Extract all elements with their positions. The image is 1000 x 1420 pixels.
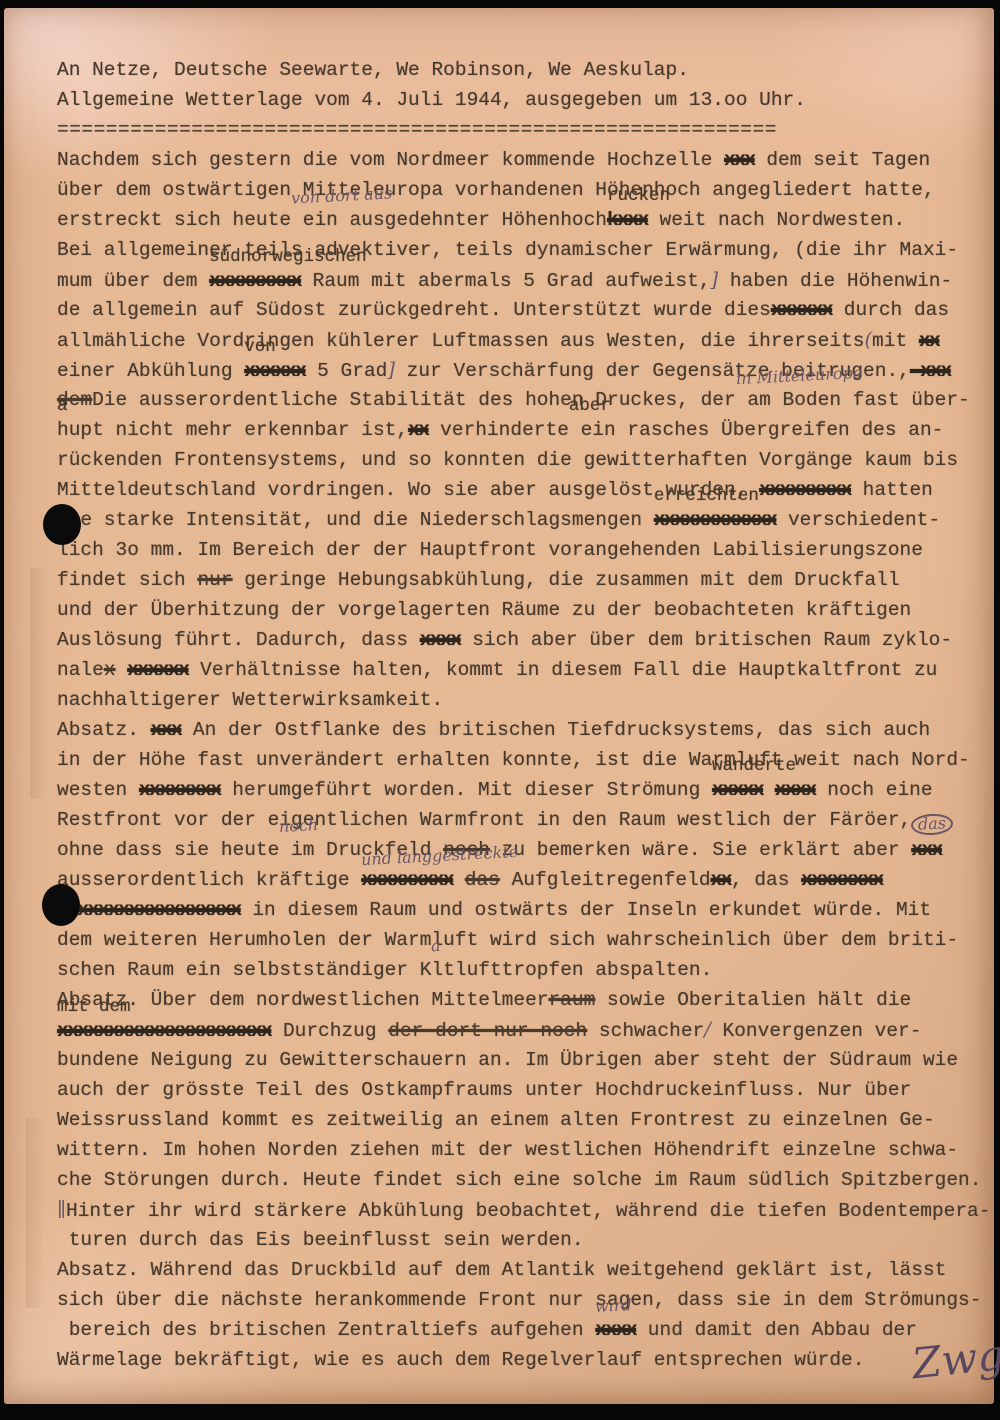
typed-text: noch eine [816, 779, 933, 801]
typed-line: und der Überhitzung der vorgelagerten Rä… [57, 595, 993, 625]
typed-insertion: rucken [607, 188, 670, 204]
typed-text: verhinderte [428, 419, 568, 441]
typed-text: mit [872, 330, 919, 352]
crossed-out-text: xxx [910, 360, 951, 382]
punch-hole-top [43, 504, 81, 545]
crossed-out-text: xxxxxx [771, 299, 832, 321]
struck-out-text: nur [197, 569, 232, 591]
crossed-out-text: wandertexxxxx [712, 775, 763, 805]
typed-text: erstreckt sich heute [57, 209, 291, 231]
typed-text: Auslösung führt. Dadurch, dass [57, 629, 420, 651]
typed-text: Raum mit abermals 5 Grad aufweist, [301, 270, 711, 292]
typed-text: über dem ostwärtigen Mitteleuropa vorhan… [57, 179, 935, 201]
typed-line: ∥Hinter ihr wird stärkere Abkühlung beob… [57, 1195, 993, 1225]
handwritten-mark: ] [711, 268, 719, 291]
typed-insertion: wanderte [712, 758, 796, 774]
crossed-out-text: xxx [151, 719, 182, 741]
typed-line: nalex xxxxxx Verhältnisse halten, kommt … [57, 655, 993, 685]
typed-text: bundene Neigung zu Gewitterschauern an. … [57, 1049, 958, 1071]
typed-text: herumgeführt worden. Mit dieser Strömung [221, 779, 712, 801]
typed-line: ausserordentlich kräftige und langgestre… [57, 865, 993, 895]
typed-text: bereich des britischen Zentraltiefs aufg… [57, 1319, 595, 1341]
scanned-page: An Netze, Deutsche Seewarte, We Robinson… [0, 0, 1000, 1420]
recipients-line: An Netze, Deutsche Seewarte, We Robinson… [57, 55, 993, 85]
typed-line: de allgemein auf Südost zurückgedreht. U… [57, 295, 993, 325]
crossed-out-text: ruckenkxxx [607, 205, 648, 235]
typed-line: che Störungen durch. Heute findet sich e… [57, 1165, 993, 1195]
typed-text: in der Höhe fast unverändert erhalten ko… [57, 749, 970, 771]
crossed-out-text: xxx [724, 149, 755, 171]
typed-text: Bei allgemeiner teils advektiver, teils … [57, 239, 958, 261]
typed-text: haben die Höhenwin- [718, 270, 952, 292]
typed-text: weit nach Nordwesten. [648, 209, 905, 231]
typed-line: sie starke Intensität, und die Niedersch… [57, 505, 993, 535]
typed-text: zu bemerken wäre. Sie erklärt aber [490, 839, 911, 861]
typed-text: turen durch das Eis beeinflusst sein wer… [57, 1229, 584, 1251]
typed-line: Weissrussland kommt es zeitweilig an ein… [57, 1105, 993, 1135]
typed-text: ausserordentlich kräftige [57, 869, 361, 891]
typed-text: nale [57, 659, 104, 681]
typed-line: mum über dem südnorwegischenxxxxxxxxx Ra… [57, 265, 993, 295]
crossed-out-text: xxxxxxxx [139, 779, 221, 801]
typed-text: findet sich [57, 569, 197, 591]
typed-insertion: mit dem [57, 999, 131, 1015]
typed-text: An der Ostflanke des britischen Tiefdruc… [181, 719, 930, 741]
typed-line: demDie ausserordentliche Stabilität des … [57, 385, 993, 415]
typed-line: bereich des britischen Zentraltiefs aufg… [57, 1315, 993, 1345]
handwritten-insertion: a [431, 938, 441, 954]
crossed-out-text: und langgestrecktexxxxxxxxx [361, 865, 453, 895]
typed-text: ah [57, 415, 69, 445]
typed-text: 5 Grad [305, 360, 387, 382]
typed-text: Restfront vor der eigentlichen Warmfront… [57, 809, 911, 831]
typed-text: Nachdem sich gestern die vom Nordmeer ko… [57, 149, 724, 171]
typed-text: Weissrussland kommt es zeitweilig an ein… [57, 1109, 935, 1131]
separator-line: ========================================… [57, 115, 993, 145]
typed-text: und der Überhitzung der vorgelagerten Rä… [57, 599, 911, 621]
typed-line: Absatz. xxx An der Ostflanke des britisc… [57, 715, 993, 745]
typed-text [763, 779, 775, 801]
crossed-out-text: wirdxxxx [595, 1315, 636, 1345]
typed-text: de allgemein auf Südost zurückgedreht. U… [57, 299, 771, 321]
typed-text: Absatz. [57, 719, 151, 741]
title-line: Allgemeine Wetterlage vom 4. Juli 1944, … [57, 85, 993, 115]
crossed-out-text: vonxxxxxx [244, 356, 305, 386]
typed-line: ohne dass sie heutenoch im Druckfeld noc… [57, 835, 993, 865]
typed-line: ahupt nicht mehr erkennbar ist,xx verhin… [57, 415, 993, 445]
typed-text: in Mitteleuropa am Boden fast über- [736, 385, 970, 415]
typed-line: dem weiteren Herumholen der Warmluft wir… [57, 925, 993, 955]
typed-text: geringe Hebungsabkühlung, die zusammen m… [233, 569, 900, 591]
typed-text: auch der grösste Teil des Ostkampfraums … [57, 1079, 911, 1101]
typed-text: sich über die nächste herankommende Fron… [57, 1289, 981, 1311]
typed-line: xxxxxxxxxxxxxxxxxx in diesem Raum und os… [57, 895, 993, 925]
handwritten-mark: ( [864, 328, 872, 351]
punch-hole-bottom [42, 884, 80, 926]
typed-line: sich über die nächste herankommende Fron… [57, 1285, 993, 1315]
typed-text: in diesem Raum und ostwärts der Inseln e… [241, 899, 931, 921]
typed-text: dem seit Tagen [755, 149, 931, 171]
typed-line: erstreckt sich heutevon dort aus ein aus… [57, 205, 993, 235]
typed-line: bundene Neigung zu Gewitterschauern an. … [57, 1045, 993, 1075]
typed-text: Konvergenzen ver- [711, 1020, 922, 1042]
handwritten-mark: / [704, 1018, 711, 1041]
typed-text: lich 3o mm. Im Bereich der der Hauptfron… [57, 539, 923, 561]
paper-crease [26, 1118, 44, 1308]
crossed-out-text: xx [711, 869, 731, 891]
typed-text: rückenden Frontensystems, und so konnten… [57, 449, 958, 471]
crossed-out-text: erreichtenxxxxxxxxxxxx [654, 505, 776, 535]
typed-line: turen durch das Eis beeinflusst sein wer… [57, 1225, 993, 1255]
typed-text: upt nicht mehr erkennbar ist, [69, 419, 408, 441]
typed-line: Wärmelage bekräftigt, wie es auch dem Re… [57, 1345, 993, 1375]
typed-insertion: von [244, 339, 276, 355]
handwritten-insertion: wird [595, 1297, 632, 1315]
typed-text: verschiedent- [776, 509, 940, 531]
typed-line: Restfront vor der eigentlichen Warmfront… [57, 805, 993, 835]
typed-text: und damit den Abbau der [636, 1319, 917, 1341]
typed-line: Absatz. Während das Druckbild auf dem At… [57, 1255, 993, 1285]
crossed-out-text: xxxxxxxx [801, 869, 883, 891]
typed-text: schen Raum ein selbstständiger K [57, 959, 431, 981]
crossed-out-text: xxxxxx [127, 659, 188, 681]
typed-line: allmähliche Vordringen kühlerer Luftmass… [57, 325, 993, 355]
typed-line: nachhaltigerer Wetterwirksamkeit. [57, 685, 993, 715]
typed-text: Wärmelage bekräftigt, wie es auch dem Re… [57, 1349, 864, 1371]
crossed-out-text: xx [408, 419, 428, 441]
typed-line: wittern. Im hohen Norden ziehen mit der … [57, 1135, 993, 1165]
typed-text: ohne dass sie heute [57, 839, 279, 861]
typed-text: Absatz. Während das Druckbild auf dem At… [57, 1259, 946, 1281]
typed-text: aber ein rasches Übergreifen des an- [569, 415, 943, 445]
typed-text: durch das [832, 299, 949, 321]
crossed-out-text: xxxxxxxxx [759, 479, 851, 501]
typed-text: Die ausserordentliche Stabilität des hoh… [92, 389, 736, 411]
typed-line: Bei allgemeiner teils advektiver, teils … [57, 235, 993, 265]
struck-out-text: raum [548, 989, 595, 1011]
typed-text: nachhaltigerer Wetterwirksamkeit. [57, 689, 443, 711]
crossed-out-text: südnorwegischenxxxxxxxxx [209, 266, 301, 296]
handwritten-insertion: noch [279, 817, 319, 835]
typed-insertion: erreichten [654, 488, 759, 504]
typed-line: westen xxxxxxxx herumgeführt worden. Mit… [57, 775, 993, 805]
typed-line: Absatz. Über dem nordwestlichen Mittelme… [57, 985, 993, 1015]
typed-text: sich aber über dem britischen Raum zyklo… [461, 629, 952, 651]
struck-out-text: das [465, 869, 500, 891]
typed-insertion: südnorwegischen [209, 249, 367, 265]
typed-text: allmähliche Vordringen kühlerer Luftmass… [57, 330, 864, 352]
crossed-out-text: xx [919, 330, 939, 352]
paper-crease [30, 568, 46, 798]
typed-text: dem weiteren Herumholen der Warmluft wir… [57, 929, 958, 951]
typed-text: altlufttropfen abspalten. [431, 955, 712, 985]
document-text: An Netze, Deutsche Seewarte, We Robinson… [57, 55, 993, 1375]
paper: An Netze, Deutsche Seewarte, We Robinson… [4, 8, 994, 1404]
typed-text: Hinter ihr wird stärkere Abkühlung beoba… [66, 1200, 990, 1222]
crossed-out-text: xxxx [775, 779, 816, 801]
typed-text: schwacher [587, 1020, 704, 1042]
typed-text [116, 659, 128, 681]
typed-text: sowie Oberitalien hält die [595, 989, 911, 1011]
typed-line: über dem ostwärtigen Mitteleuropa vorhan… [57, 175, 993, 205]
typed-text: von dort aus ein ausgedehnter Höhenhoch [291, 205, 607, 235]
typed-text: mum über dem [57, 270, 209, 292]
typed-line: findet sich nur geringe Hebungsabkühlung… [57, 565, 993, 595]
typed-text: Verhältnisse halten, kommt in diesem Fal… [188, 659, 937, 681]
typed-line: auch der grösste Teil des Ostkampfraums … [57, 1075, 993, 1105]
crossed-out-text: dasxxx [911, 835, 942, 865]
typed-line: schen Raum ein selbstständiger Kaltluftt… [57, 955, 993, 985]
typed-line: lich 3o mm. Im Bereich der der Hauptfron… [57, 535, 993, 565]
typed-line: rückenden Frontensystems, und so konnten… [57, 445, 993, 475]
typed-line: Auslösung führt. Dadurch, dass xxxx sich… [57, 625, 993, 655]
handwritten-mark: ] [387, 358, 395, 381]
handwritten-mark: ∥ [57, 1198, 66, 1221]
crossed-out-text: xxxxxxxxxxxxxxxxxx [57, 899, 241, 921]
typed-text: Aufgleitregenfeld [500, 869, 711, 891]
struck-out-text: x [104, 659, 116, 681]
typed-insertion: a [57, 398, 68, 414]
typed-text: , das [731, 869, 801, 891]
typed-text: Durchzug [271, 1020, 388, 1042]
handwritten-signature: Zwg. [910, 1329, 1000, 1389]
struck-out-text: der dort nur noch [388, 1020, 587, 1042]
typed-text: sie starke Intensität, und die Niedersch… [57, 509, 654, 531]
typed-insertion: aber [569, 398, 611, 414]
typed-text [453, 869, 465, 891]
typed-text: hatten [851, 479, 933, 501]
typed-line: Nachdem sich gestern die vom Nordmeer ko… [57, 145, 993, 175]
typed-text: einer Abkühlung [57, 360, 244, 382]
typed-line: in der Höhe fast unverändert erhalten ko… [57, 745, 993, 775]
typed-text: westen [57, 779, 139, 801]
crossed-out-text: xxxx [420, 629, 461, 651]
typed-lines: Nachdem sich gestern die vom Nordmeer ko… [57, 145, 993, 1375]
typed-text: wittern. Im hohen Norden ziehen mit der … [57, 1139, 958, 1161]
typed-text: che Störungen durch. Heute findet sich e… [57, 1169, 981, 1191]
crossed-out-text: mit demxxxxxxxxxxxxxxxxxxxxx [57, 1016, 271, 1046]
typed-line: Mitteldeutschland vordringen. Wo sie abe… [57, 475, 993, 505]
typed-line: mit demxxxxxxxxxxxxxxxxxxxxx Durchzug de… [57, 1015, 993, 1045]
